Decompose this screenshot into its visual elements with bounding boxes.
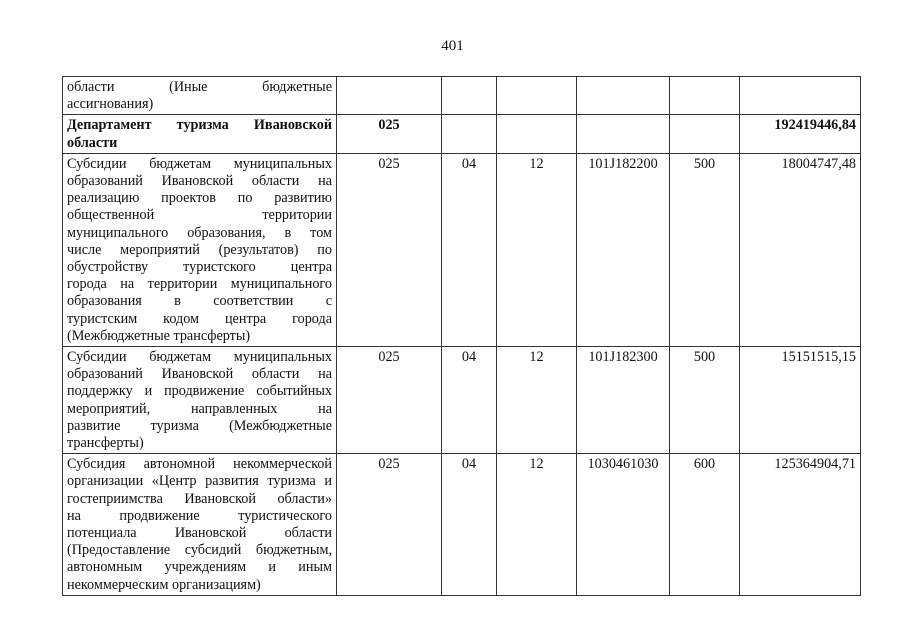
description-line: области <box>67 135 332 152</box>
section-cell: 04 <box>442 153 497 346</box>
subsection-cell <box>497 77 577 115</box>
ministry-code-cell: 025 <box>337 454 442 596</box>
description-line: развитие туризма (Межбюджетные <box>67 418 332 435</box>
description-line: муниципального образования, в том <box>67 225 332 242</box>
table-row: Субсидии бюджетам муниципальныхобразован… <box>63 347 861 454</box>
ministry-code-cell: 025 <box>337 153 442 346</box>
description-line: числе мероприятий (результатов) по <box>67 242 332 259</box>
table-row: области (Иные бюджетныеассигнования) <box>63 77 861 115</box>
ministry-code-cell <box>337 77 442 115</box>
target-article-cell <box>577 77 670 115</box>
description-line: потенциала Ивановской области <box>67 525 332 542</box>
description-line: туристским кодом центра города <box>67 311 332 328</box>
description-line: общественной территории <box>67 207 332 224</box>
ministry-code-cell: 025 <box>337 347 442 454</box>
ministry-code-cell: 025 <box>337 115 442 153</box>
amount-cell <box>740 77 861 115</box>
description-line: трансферты) <box>67 435 332 452</box>
description-line: Субсидии бюджетам муниципальных <box>67 156 332 173</box>
description-line: на продвижение туристического <box>67 508 332 525</box>
table-row: Субсидия автономной некоммерческойоргани… <box>63 454 861 596</box>
description-cell: области (Иные бюджетныеассигнования) <box>63 77 337 115</box>
description-line: мероприятий, направленных на <box>67 401 332 418</box>
subsection-cell: 12 <box>497 347 577 454</box>
section-cell <box>442 77 497 115</box>
target-article-cell: 101J182200 <box>577 153 670 346</box>
description-line: (Межбюджетные трансферты) <box>67 328 332 345</box>
description-cell: Департамент туризма Ивановскойобласти <box>63 115 337 153</box>
page-number: 401 <box>0 38 905 55</box>
description-line: Департамент туризма Ивановской <box>67 117 332 134</box>
description-line: организации «Центр развития туризма и <box>67 473 332 490</box>
budget-table: области (Иные бюджетныеассигнования) Деп… <box>62 76 861 596</box>
description-cell: Субсидии бюджетам муниципальныхобразован… <box>63 153 337 346</box>
section-cell <box>442 115 497 153</box>
expense-type-cell <box>670 115 740 153</box>
subsection-cell: 12 <box>497 454 577 596</box>
description-line: области (Иные бюджетные <box>67 79 332 96</box>
target-article-cell: 1030461030 <box>577 454 670 596</box>
subsection-cell: 12 <box>497 153 577 346</box>
table-row: Субсидии бюджетам муниципальныхобразован… <box>63 153 861 346</box>
expense-type-cell: 500 <box>670 347 740 454</box>
description-line: ассигнования) <box>67 96 332 113</box>
description-cell: Субсидии бюджетам муниципальныхобразован… <box>63 347 337 454</box>
description-line: автономным учреждениям и иным <box>67 559 332 576</box>
description-line: реализацию проектов по развитию <box>67 190 332 207</box>
target-article-cell: 101J182300 <box>577 347 670 454</box>
subsection-cell <box>497 115 577 153</box>
description-line: образования в соответствии с <box>67 293 332 310</box>
section-cell: 04 <box>442 454 497 596</box>
description-line: образований Ивановской области на <box>67 173 332 190</box>
target-article-cell <box>577 115 670 153</box>
amount-cell: 18004747,48 <box>740 153 861 346</box>
expense-type-cell: 500 <box>670 153 740 346</box>
description-line: гостеприимства Ивановской области» <box>67 491 332 508</box>
amount-cell: 125364904,71 <box>740 454 861 596</box>
amount-cell: 15151515,15 <box>740 347 861 454</box>
expense-type-cell: 600 <box>670 454 740 596</box>
description-line: некоммерческим организациям) <box>67 577 332 594</box>
description-line: обустройству туристского центра <box>67 259 332 276</box>
description-line: Субсидии бюджетам муниципальных <box>67 349 332 366</box>
description-cell: Субсидия автономной некоммерческойоргани… <box>63 454 337 596</box>
description-line: поддержку и продвижение событийных <box>67 383 332 400</box>
description-line: Субсидия автономной некоммерческой <box>67 456 332 473</box>
section-cell: 04 <box>442 347 497 454</box>
expense-type-cell <box>670 77 740 115</box>
amount-cell: 192419446,84 <box>740 115 861 153</box>
description-line: города на территории муниципального <box>67 276 332 293</box>
description-line: (Предоставление субсидий бюджетным, <box>67 542 332 559</box>
table-row: Департамент туризма Ивановскойобласти 02… <box>63 115 861 153</box>
description-line: образований Ивановской области на <box>67 366 332 383</box>
